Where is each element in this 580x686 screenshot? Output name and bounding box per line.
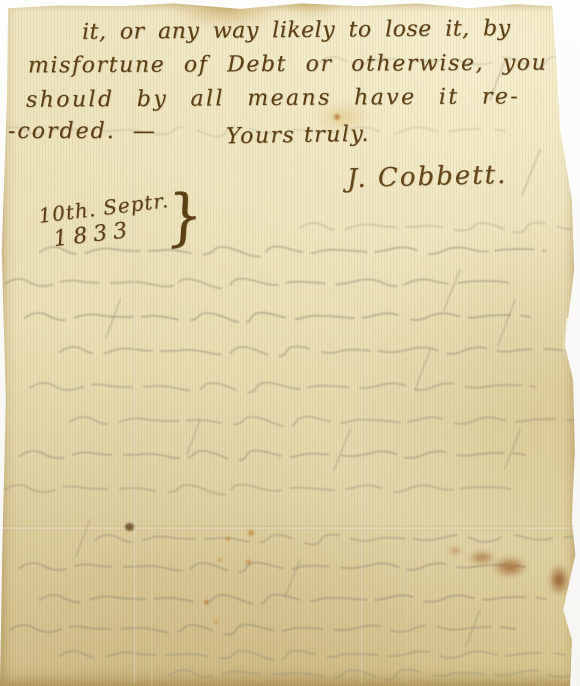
- rust-speck: [334, 114, 340, 120]
- rust-stain: [492, 556, 528, 578]
- rust-stain: [548, 564, 570, 596]
- dark-speck-on-crease: [125, 523, 134, 531]
- scan-background: it, or any way likely to lose it, by mis…: [0, 0, 580, 686]
- rust-speck: [226, 537, 230, 541]
- rust-speck: [214, 620, 218, 624]
- letter-line-3: should by all means have it re-: [26, 84, 520, 112]
- letter-line-1: it, or any way likely to lose it, by: [82, 16, 511, 45]
- vertical-crease-bottom-right: [405, 530, 408, 686]
- rust-stain: [468, 550, 496, 565]
- letter-closing: Yours truly.: [226, 122, 370, 150]
- letter-line-4: -corded. —: [8, 119, 157, 144]
- letter-page: it, or any way likely to lose it, by mis…: [0, 0, 580, 686]
- rust-speck: [218, 558, 222, 562]
- rust-speck: [204, 600, 209, 605]
- vertical-crease-bottom-left: [150, 530, 153, 686]
- rust-speck: [246, 560, 251, 565]
- rust-speck: [248, 530, 254, 536]
- signature: J. Cobbett.: [347, 160, 508, 194]
- horizontal-fold-crease: [0, 526, 580, 530]
- letter-line-2: misfortune of Debt or otherwise, you: [28, 51, 548, 79]
- rust-stain: [448, 546, 462, 555]
